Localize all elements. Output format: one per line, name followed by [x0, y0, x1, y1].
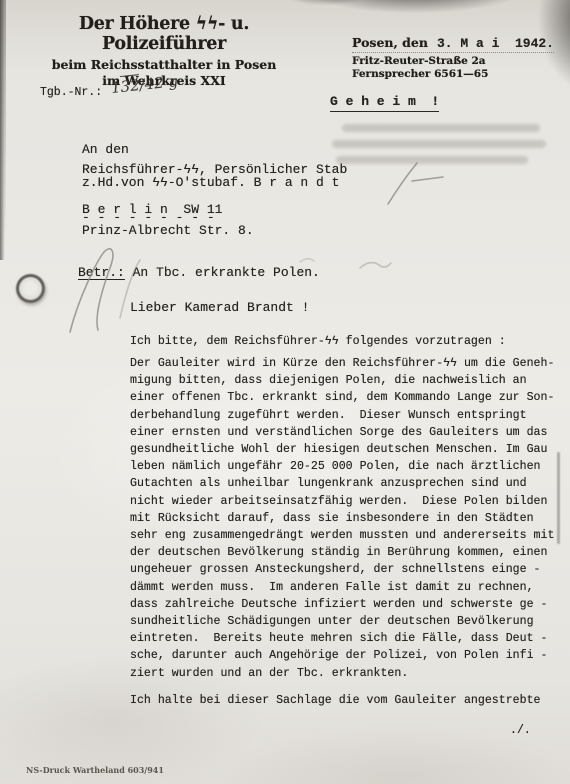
- body-text-line: ungeheuer grossen Ansteckungsherd, der s…: [130, 561, 554, 578]
- subject-line: Betr.: An Tbc. erkrankte Polen.: [78, 265, 320, 280]
- body-paragraph: Der Gauleiter wird in Kürze den Reichsfü…: [130, 355, 554, 682]
- pencil-slash: [388, 163, 417, 204]
- pencil-squiggle: [300, 259, 314, 262]
- body-text-line: einer ernsten und verständlichen Sorge d…: [130, 424, 554, 441]
- date-row: Posen, den 3. M a i 1942.: [352, 35, 554, 53]
- pencil-squiggle: [360, 263, 391, 268]
- continuation-mark: ./.: [510, 722, 531, 739]
- body-text-line: eintreten. Bereits heute mehren sich die…: [130, 630, 554, 647]
- closing-line: Ich halte bei dieser Sachlage die vom Ga…: [130, 692, 541, 709]
- body-text-line: ziert wurden und an der Tbc. erkrankten.: [130, 665, 554, 682]
- body-text-line: sundheitliche Schädigungen unter der deu…: [130, 613, 554, 630]
- subject-label: Betr.:: [78, 265, 125, 280]
- secrecy-marking: G e h e i m !: [330, 94, 439, 112]
- scanned-letter-page: Der Höhere ϟϟ- u. Polizeiführer beim Rei…: [0, 0, 570, 784]
- body-text-line: migung bitten, dass diejenigen Polen, di…: [130, 372, 554, 389]
- subject-text: An Tbc. erkrankte Polen.: [125, 265, 320, 280]
- body-text-line: dämmt werden muss. Im anderen Falle ist …: [130, 579, 554, 596]
- sender-phone: Fernsprecher 6561—65: [352, 68, 554, 80]
- body-text-line: der deutschen Bevölkerung ständig in Ber…: [130, 544, 554, 561]
- letterhead-line2: beim Reichsstatthalter in Posen: [18, 57, 310, 72]
- body-text-line: Der Gauleiter wird in Kürze den Reichsfü…: [130, 355, 554, 372]
- body-text-line: Gutachten als unheilbar lungenkrank anzu…: [130, 475, 554, 492]
- body-text-line: leben nämlich ungefähr 20-25 000 Polen, …: [130, 458, 554, 475]
- body-text-line: derbehandlung zugeführt werden. Dieser W…: [130, 407, 554, 424]
- body-text-line: mit Rücksicht darauf, dass sie insbesond…: [130, 510, 554, 527]
- body-text-line: gesundheitliche Wohl der hiesigen deutsc…: [130, 441, 554, 458]
- recipient-line-brandt: z.Hd.von ϟϟ-O'stubaf. B r a n d t: [82, 175, 339, 190]
- intro-line: Ich bitte, dem Reichsführer-ϟϟ folgendes…: [130, 333, 506, 350]
- body-text-line: sche, darunter auch Angehörige der Poliz…: [130, 647, 554, 664]
- letterhead-line1: Der Höhere ϟϟ- u. Polizeiführer: [18, 14, 310, 54]
- bleed-through-line: [342, 124, 540, 132]
- bleed-through-line: [336, 156, 528, 164]
- pencil-scribble: [70, 249, 113, 332]
- diary-number-handwritten: 132/42 g: [110, 72, 179, 97]
- scan-edge-left: [0, 0, 6, 260]
- scan-line-right-edge: [557, 452, 560, 544]
- punch-hole: [16, 274, 45, 303]
- body-text-line: sehr eng zusammengedrängt werden mussten…: [130, 527, 554, 544]
- body-text-line: nicht wieder arbeitseinsatzfähig werden.…: [130, 493, 554, 510]
- bleed-through-line: [332, 140, 546, 148]
- recipient-street: Prinz-Albrecht Str. 8.: [82, 223, 254, 238]
- date-block: Posen, den 3. M a i 1942. Fritz-Reuter-S…: [352, 35, 554, 80]
- body-text-line: dass zahlreiche Deutsche infiziert werde…: [130, 596, 554, 613]
- diary-number-label: Tgb.-Nr.:: [40, 86, 102, 99]
- salutation: Lieber Kamerad Brandt !: [130, 300, 309, 315]
- diary-number-part3: /42 g: [139, 72, 179, 94]
- pencil-dash: [412, 177, 443, 181]
- printer-mark: NS-Druck Wartheland 603/941: [26, 765, 164, 775]
- body-text-line: einer offenen Tbc. erkrankt sind, dem Ko…: [130, 389, 554, 406]
- diary-number-part2: 32: [119, 74, 140, 96]
- date-value: 3. M a i 1942.: [437, 36, 554, 51]
- place-label: Posen, den: [352, 35, 428, 50]
- sender-street: Fritz-Reuter-Straße 2a: [352, 55, 554, 67]
- recipient-line-an-den: An den: [82, 142, 129, 157]
